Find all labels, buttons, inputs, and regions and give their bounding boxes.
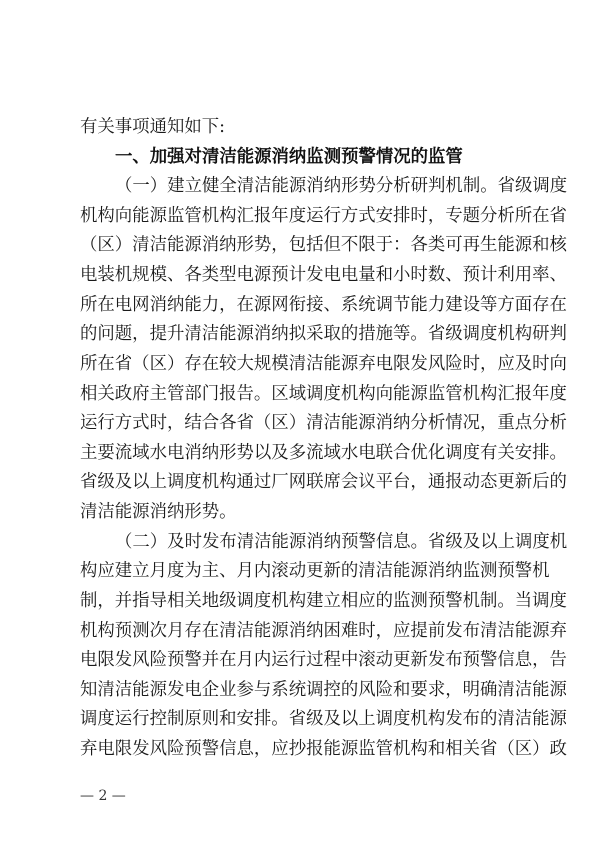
document-page: 有关事项通知如下: 一、加强对清洁能源消纳监测预警情况的监管 （一）建立健全清洁…	[0, 0, 600, 848]
paragraph-2-line-8: 弃电限发风险预警信息，应抄报能源监管机构和相关省（区）政	[80, 739, 526, 759]
paragraph-2-line-6: 知清洁能源发电企业参与系统调控的风险和要求，明确清洁能源	[80, 680, 526, 700]
paragraph-1-line-4: 电装机规模、各类型电源预计发电电量和小时数、预计利用率、	[80, 265, 526, 285]
paragraph-2-line-1: （二）及时发布清洁能源消纳预警信息。省级及以上调度机	[115, 532, 526, 552]
intro-line: 有关事项通知如下:	[80, 117, 526, 137]
paragraph-2-line-7: 调度运行控制原则和安排。省级及以上调度机构发布的清洁能源	[80, 709, 526, 729]
paragraph-2-line-3: 制，并指导相关地级调度机构建立相应的监测预警机制。当调度	[80, 591, 526, 611]
paragraph-1-line-3: （区）清洁能源消纳形势，包括但不限于：各类可再生能源和核	[80, 235, 526, 255]
paragraph-1-line-7: 所在省（区）存在较大规模清洁能源弃电限发风险时，应及时向	[80, 354, 526, 374]
paragraph-2-line-2: 构应建立月度为主、月内滚动更新的清洁能源消纳监测预警机	[80, 561, 526, 581]
section-heading: 一、加强对清洁能源消纳监测预警情况的监管	[115, 147, 463, 167]
paragraph-1-line-9: 运行方式时，结合各省（区）清洁能源消纳分析情况，重点分析	[80, 413, 526, 433]
paragraph-1-line-10: 主要流域水电消纳形势以及多流域水电联合优化调度有关安排。	[80, 443, 526, 463]
paragraph-1-line-8: 相关政府主管部门报告。区域调度机构向能源监管机构汇报年度	[80, 384, 526, 404]
paragraph-1-line-1: （一）建立健全清洁能源消纳形势分析研判机制。省级调度	[115, 176, 526, 196]
paragraph-2-line-4: 机构预测次月存在清洁能源消纳困难时，应提前发布清洁能源弃	[80, 621, 526, 641]
paragraph-1-line-11: 省级及以上调度机构通过厂网联席会议平台，通报动态更新后的	[80, 472, 526, 492]
paragraph-1-line-6: 的问题，提升清洁能源消纳拟采取的措施等。省级调度机构研判	[80, 324, 526, 344]
paragraph-1-line-2: 机构向能源监管机构汇报年度运行方式安排时，专题分析所在省	[80, 206, 526, 226]
page-number: — 2 —	[80, 787, 126, 805]
paragraph-1-line-12: 清洁能源消纳形势。	[80, 502, 526, 522]
paragraph-1-line-5: 所在电网消纳能力，在源网衔接、系统调节能力建设等方面存在	[80, 295, 526, 315]
paragraph-2-line-5: 电限发风险预警并在月内运行过程中滚动更新发布预警信息，告	[80, 650, 526, 670]
